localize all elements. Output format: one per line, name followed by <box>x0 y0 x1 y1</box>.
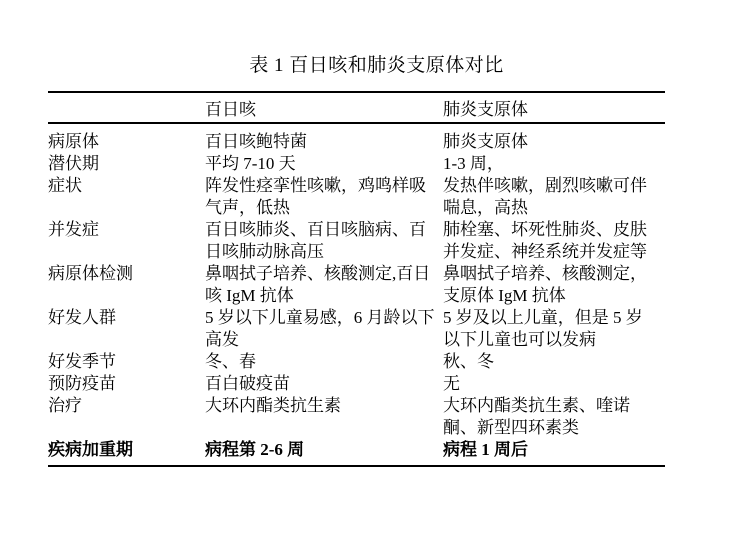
pertussis-cell: 阵发性痉挛性咳嗽，鸡鸣样吸气声，低热 <box>205 175 443 219</box>
table-header: 百日咳 肺炎支原体 <box>48 92 665 123</box>
pertussis-cell: 病程第 2-6 周 <box>205 439 443 466</box>
header-cell-empty <box>48 92 205 123</box>
pertussis-cell: 平均 7-10 天 <box>205 153 443 175</box>
mycoplasma-cell: 1-3 周， <box>443 153 665 175</box>
header-row: 百日咳 肺炎支原体 <box>48 92 665 123</box>
row-label-cell: 好发人群 <box>48 307 205 351</box>
row-label-cell: 疾病加重期 <box>48 439 205 466</box>
header-cell-pertussis: 百日咳 <box>205 92 443 123</box>
table-row: 潜伏期平均 7-10 天1-3 周， <box>48 153 665 175</box>
pertussis-cell: 百白破疫苗 <box>205 373 443 395</box>
pertussis-cell: 5 岁以下儿童易感，6 月龄以下高发 <box>205 307 443 351</box>
table-row: 好发季节冬、春秋、冬 <box>48 351 665 373</box>
pertussis-cell: 百日咳鲍特菌 <box>205 123 443 153</box>
row-label-cell: 症状 <box>48 175 205 219</box>
mycoplasma-cell: 病程 1 周后 <box>443 439 665 466</box>
table-row: 症状阵发性痉挛性咳嗽，鸡鸣样吸气声，低热发热伴咳嗽，剧烈咳嗽可伴喘息，高热 <box>48 175 665 219</box>
table-row: 好发人群5 岁以下儿童易感，6 月龄以下高发5 岁及以上儿童，但是 5 岁以下儿… <box>48 307 665 351</box>
document-page: 表 1 百日咳和肺炎支原体对比 百日咳 肺炎支原体 病原体百日咳鲍特菌肺炎支原体… <box>0 0 753 542</box>
row-label-cell: 治疗 <box>48 395 205 439</box>
table-row: 疾病加重期病程第 2-6 周病程 1 周后 <box>48 439 665 466</box>
row-label-cell: 潜伏期 <box>48 153 205 175</box>
pertussis-cell: 大环内酯类抗生素 <box>205 395 443 439</box>
table-title: 表 1 百日咳和肺炎支原体对比 <box>0 54 753 78</box>
mycoplasma-cell: 5 岁及以上儿童，但是 5 岁以下儿童也可以发病 <box>443 307 665 351</box>
table-row: 病原体检测鼻咽拭子培养、核酸测定,百日咳 IgM 抗体鼻咽拭子培养、核酸测定，支… <box>48 263 665 307</box>
row-label-cell: 并发症 <box>48 219 205 263</box>
comparison-table: 百日咳 肺炎支原体 病原体百日咳鲍特菌肺炎支原体潜伏期平均 7-10 天1-3 … <box>48 91 665 467</box>
mycoplasma-cell: 大环内酯类抗生素、喹诺酮、新型四环素类 <box>443 395 665 439</box>
mycoplasma-cell: 发热伴咳嗽，剧烈咳嗽可伴喘息，高热 <box>443 175 665 219</box>
mycoplasma-cell: 肺炎支原体 <box>443 123 665 153</box>
row-label-cell: 预防疫苗 <box>48 373 205 395</box>
table-body: 病原体百日咳鲍特菌肺炎支原体潜伏期平均 7-10 天1-3 周，症状阵发性痉挛性… <box>48 123 665 466</box>
table-row: 预防疫苗百白破疫苗无 <box>48 373 665 395</box>
mycoplasma-cell: 肺栓塞、坏死性肺炎、皮肤并发症、神经系统并发症等 <box>443 219 665 263</box>
table-row: 并发症百日咳肺炎、百日咳脑病、百日咳肺动脉高压肺栓塞、坏死性肺炎、皮肤并发症、神… <box>48 219 665 263</box>
row-label-cell: 好发季节 <box>48 351 205 373</box>
pertussis-cell: 冬、春 <box>205 351 443 373</box>
pertussis-cell: 鼻咽拭子培养、核酸测定,百日咳 IgM 抗体 <box>205 263 443 307</box>
mycoplasma-cell: 无 <box>443 373 665 395</box>
pertussis-cell: 百日咳肺炎、百日咳脑病、百日咳肺动脉高压 <box>205 219 443 263</box>
header-cell-mycoplasma: 肺炎支原体 <box>443 92 665 123</box>
row-label-cell: 病原体 <box>48 123 205 153</box>
row-label-cell: 病原体检测 <box>48 263 205 307</box>
mycoplasma-cell: 鼻咽拭子培养、核酸测定，支原体 IgM 抗体 <box>443 263 665 307</box>
table-row: 病原体百日咳鲍特菌肺炎支原体 <box>48 123 665 153</box>
mycoplasma-cell: 秋、冬 <box>443 351 665 373</box>
table-row: 治疗大环内酯类抗生素大环内酯类抗生素、喹诺酮、新型四环素类 <box>48 395 665 439</box>
